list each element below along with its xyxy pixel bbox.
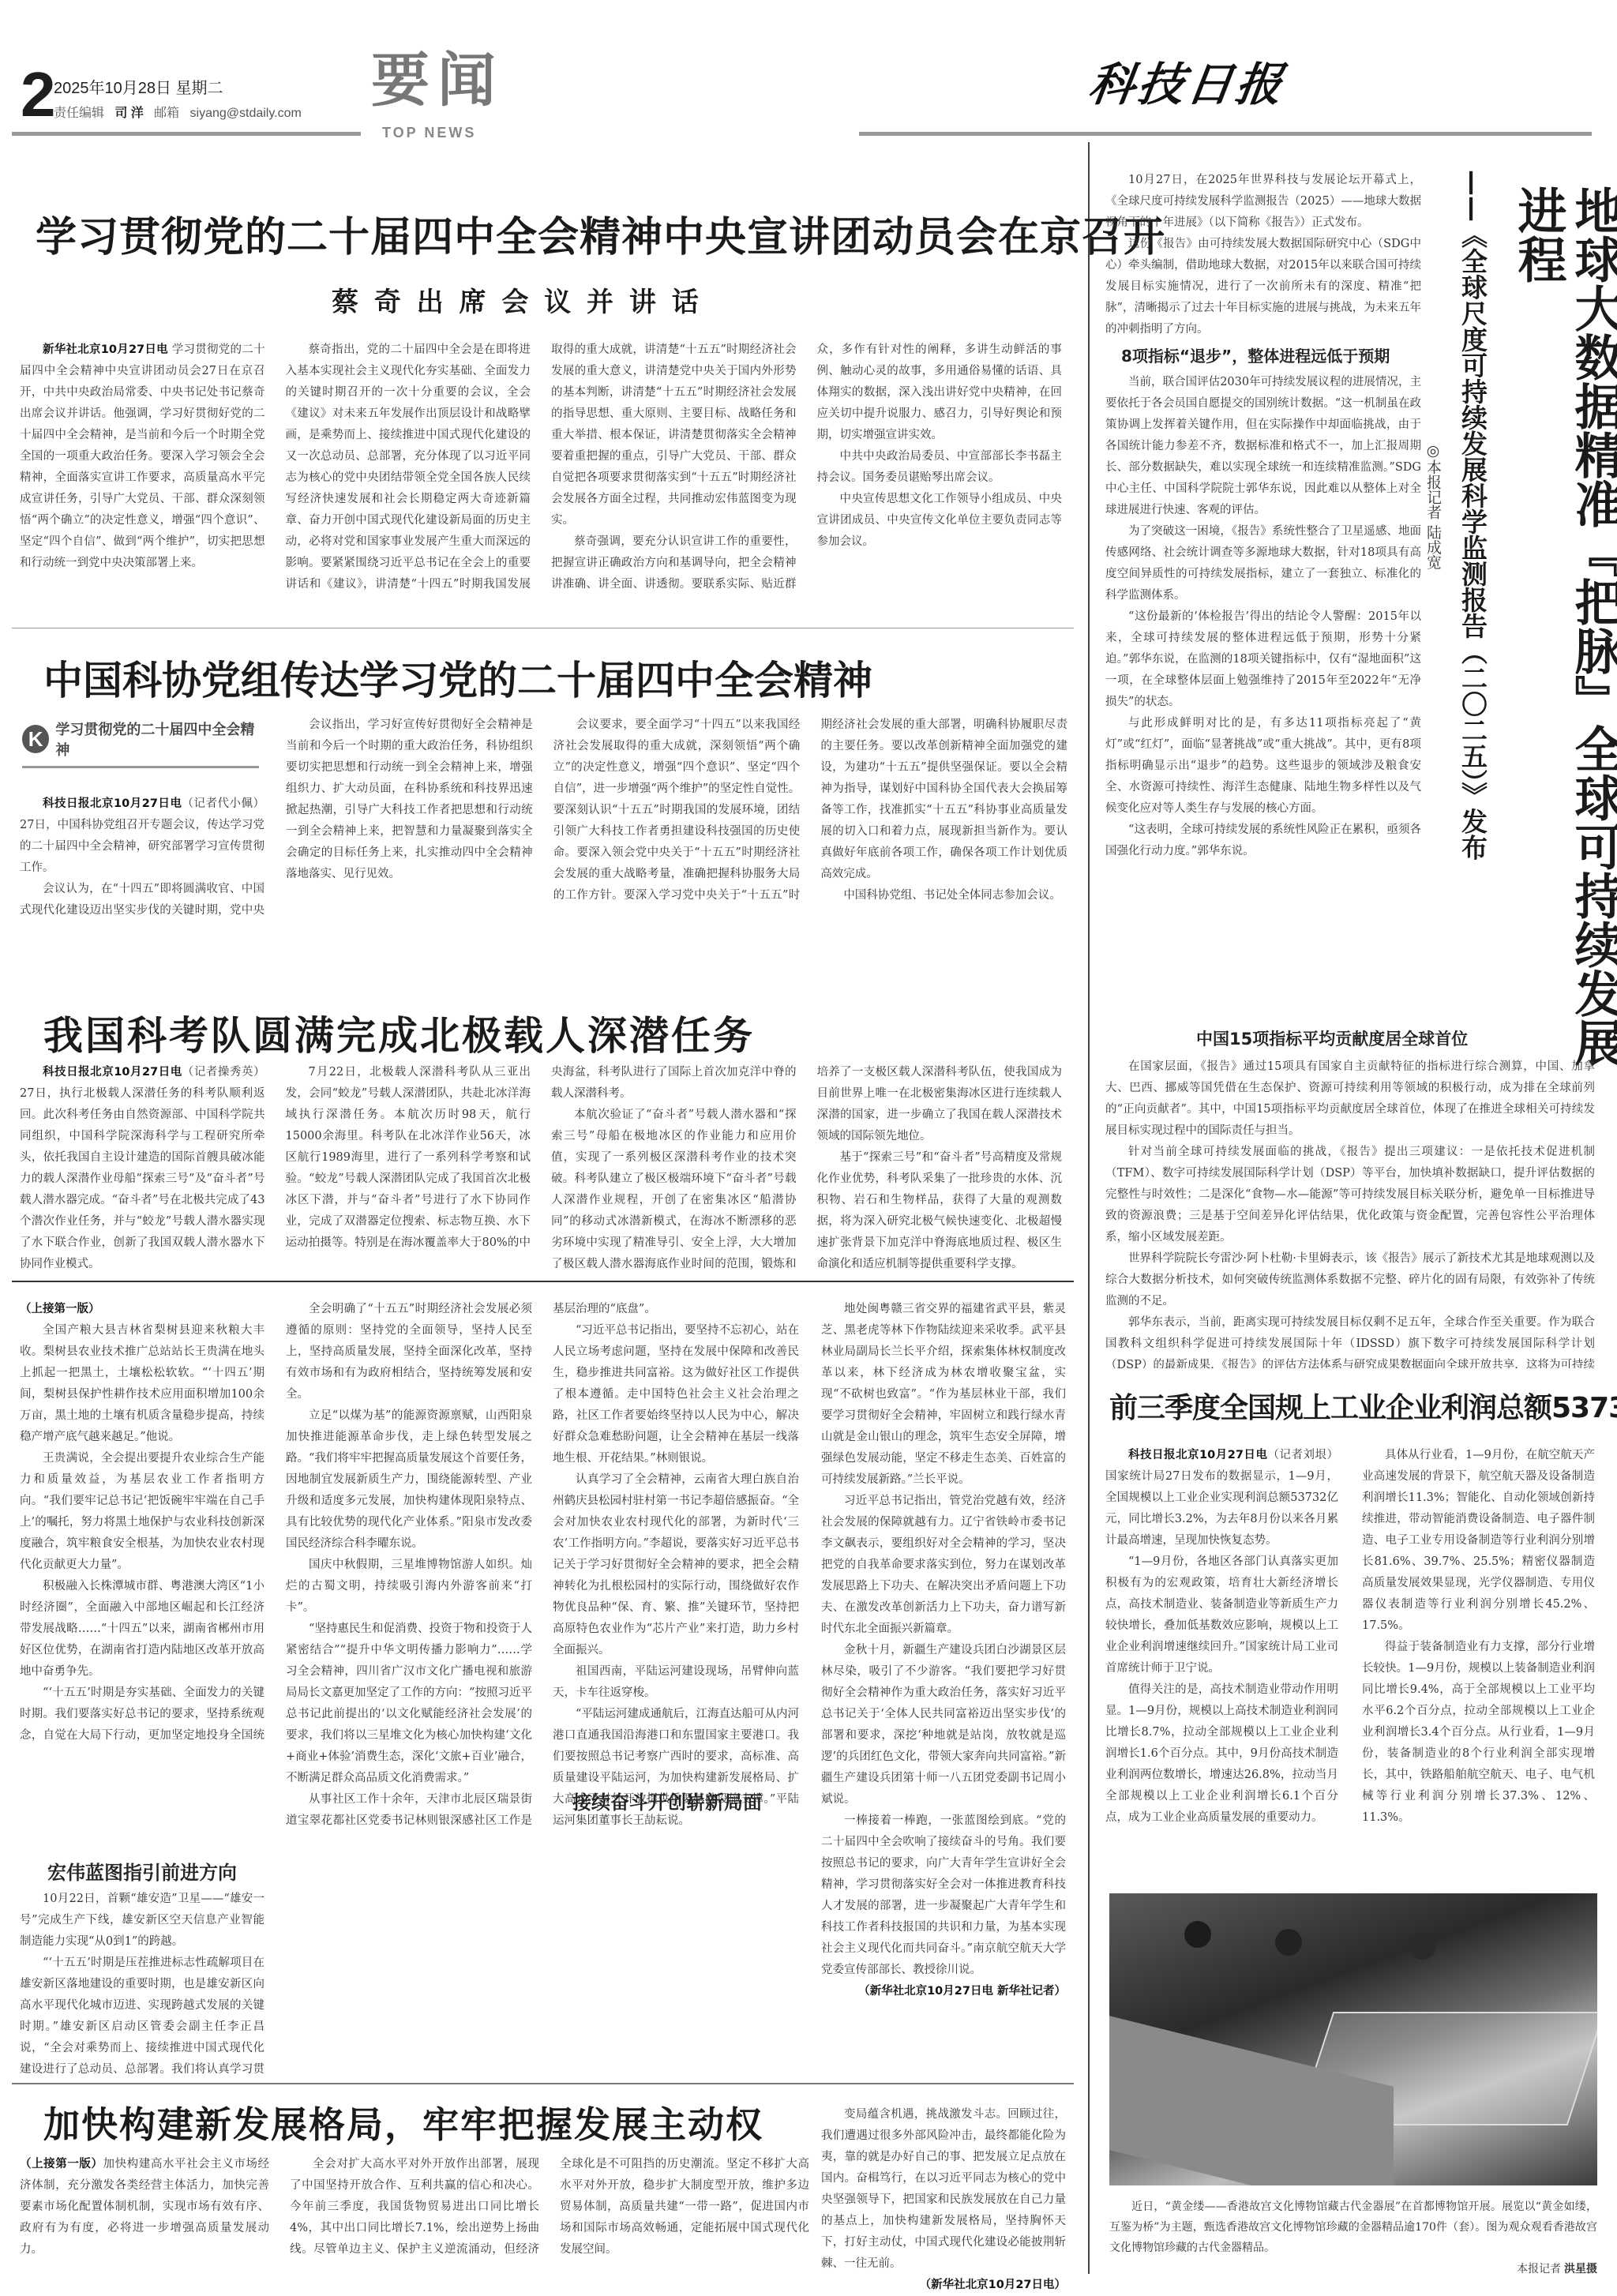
article2-body: 会议指出，学习好宣传好贯彻好全会精神是当前和今后一个时期的重大政治任务，科协组织… <box>286 715 1067 959</box>
divider <box>12 1281 1074 1282</box>
issue-date: 2025年10月28日 星期二 <box>54 75 223 98</box>
divider <box>12 628 1074 628</box>
email-link[interactable]: siyang@stdaily.com <box>190 107 302 120</box>
divider <box>12 2083 1074 2084</box>
photo-caption: 近日，“黄金缕——香港故宫文化博物馆藏古代金器展”在首都博物馆开展。展览以“黄金… <box>1109 2197 1597 2279</box>
article5-body: （上接第一版）加快构建高水平社会主义市场经济体制，充分激发各类经营主体活力，加快… <box>20 2154 809 2288</box>
article6-body-bottom: 在国家层面，《报告》通过15项具有国家自主贡献特征的指标进行综合测算，中国、加拿… <box>1105 1056 1595 1368</box>
article6-byline: ◎本报记者 陆成宽 <box>1423 442 1443 569</box>
article2-headline[interactable]: 中国科协党组传达学习党的二十届四中全会精神 <box>43 649 872 706</box>
article7-headline[interactable]: 前三季度全国规上工业企业利润总额53732亿元 <box>1109 1386 1617 1426</box>
article7-dateline: 科技日报北京10月27日电 <box>1128 1449 1267 1461</box>
article5-headline[interactable]: 加快构建新发展格局，牢牢把握发展主动权 <box>43 2096 763 2148</box>
continued-label: （上接第一版） <box>20 1303 100 1315</box>
article6-vertical-headline[interactable]: 地球大数据精准『把脉』全球可持续发展进程 <box>1510 186 1617 1094</box>
column-divider <box>1088 142 1090 2274</box>
article3-body: 科技日报北京10月27日电（记者操秀英）27日，执行北极载人深潜任务的科考队顺利… <box>20 1062 1062 1275</box>
topic-badge[interactable]: K 学习贯彻党的二十届四中全会精神 <box>22 718 259 768</box>
article4-subhead2: 接续奋斗开创崭新局面 <box>572 1787 762 1814</box>
photo-credit: 本报记者 洪星摄 <box>1109 2258 1597 2279</box>
editor-name: 司 洋 <box>114 107 143 120</box>
article3-headline[interactable]: 我国科考队圆满完成北极载人深潜任务 <box>43 1004 755 1061</box>
article4-col4: 地处闽粤赣三省交界的福建省武平县，紫灵芝、黑老虎等林下作物陆续迎来采收季。武平县… <box>821 1299 1066 2073</box>
article7-body: 科技日报北京10月27日电（记者刘垠）国家统计局27日发布的数据显示，1—9月，… <box>1105 1445 1595 1855</box>
article6-vertical-subheadline: ——《全球尺度可持续发展科学监测报告（二〇二五）》发布 <box>1457 170 1488 1078</box>
article4-col1: （上接第一版） 全国产粮大县吉林省梨树县迎来秋粮大丰收。梨树县农业技术推广总站站… <box>20 1299 264 1741</box>
article4-signoff: （新华社北京10月27日电 新华社记者） <box>858 1985 1066 1998</box>
visitor-silhouette <box>1409 1933 1436 1960</box>
email-label: 邮箱 <box>154 107 179 120</box>
article2-dateline: 科技日报北京10月27日电 <box>43 797 182 810</box>
editor-label: 责任编辑 <box>54 107 104 120</box>
article5-col4: 变局蕴含机遇，挑战激发斗志。回顾过往，我们遭遇过很多外部风险冲击，最终都能化险为… <box>821 2104 1066 2294</box>
article1-subheadline: 蔡 奇 出 席 会 议 并 讲 话 <box>332 280 702 319</box>
editor-info: 责任编辑 司 洋 邮箱 siyang@stdaily.com <box>54 103 302 121</box>
visitor-silhouette <box>1184 1921 1211 1948</box>
article1-body: 新华社北京10月27日电 学习贯彻党的二十届四中全会精神中央宣讲团动员会27日在… <box>20 340 1062 600</box>
article1-dateline: 新华社北京10月27日电 <box>43 343 168 356</box>
article5-continued-label: （上接第一版） <box>20 2158 103 2170</box>
article2-lead: 科技日报北京10月27日电（记者代小佩）27日，中国科协党组召开专题会议，传达学… <box>20 793 264 912</box>
masthead-rule-right <box>859 132 1592 136</box>
k-logo-icon: K <box>22 725 49 753</box>
article3-dateline: 科技日报北京10月27日电 <box>43 1066 182 1079</box>
page-number: 2 <box>21 63 56 126</box>
article5-signoff: （新华社北京10月27日电） <box>920 2279 1066 2291</box>
article4-col1b: 10月22日，首颗“雄安造”卫星——“雄安一号”完成生产下线，雄安新区空天信息产… <box>20 1889 264 2078</box>
section-title: 要闻 <box>371 49 504 112</box>
article4-col2-3: 全会明确了“十五五”时期经济社会发展必须遵循的原则：坚持党的全面领导，坚持人民至… <box>286 1299 799 2073</box>
masthead-rule-left <box>12 132 361 136</box>
museum-exhibition-photo[interactable] <box>1109 1893 1597 2185</box>
section-title-en: TOP NEWS <box>382 125 476 141</box>
article4-subhead1: 宏伟蓝图指引前进方向 <box>47 1857 237 1885</box>
article6-body-left: 10月27日，在2025年世界科技与发展论坛开幕式上，《全球尺度可持续发展科学监… <box>1105 170 1421 1070</box>
visitor-silhouette <box>1275 1929 1302 1956</box>
article6-subhead2: 中国15项指标平均贡献度居全球首位 <box>1196 1026 1468 1050</box>
newspaper-logo: 科技日报 <box>1085 47 1290 114</box>
topic-badge-label: 学习贯彻党的二十届四中全会精神 <box>55 718 259 760</box>
article1-headline[interactable]: 学习贯彻党的二十届四中全会精神中央宣讲团动员会在京召开 <box>36 204 1165 263</box>
article6-subhead1: 8项指标“退步”，整体进程远低于预期 <box>1121 345 1421 367</box>
